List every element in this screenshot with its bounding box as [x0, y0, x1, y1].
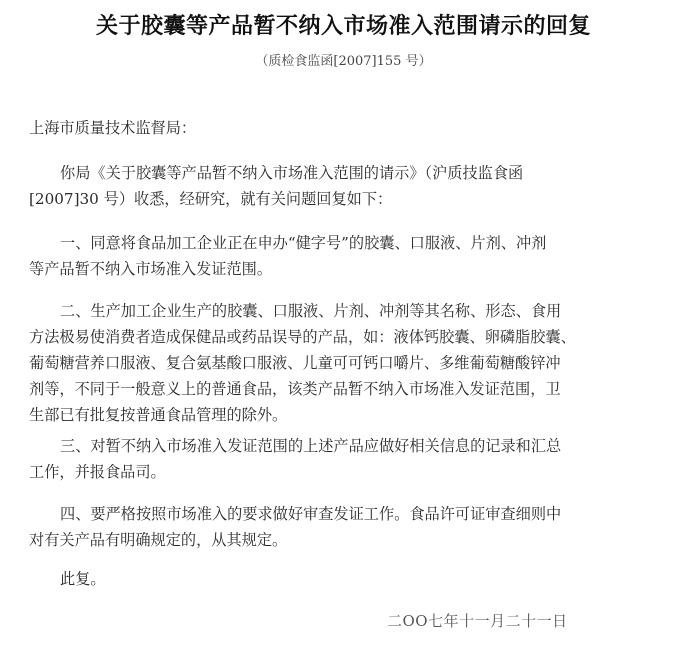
paragraph-line: 三、对暂不纳入市场准入发证范围的上述产品应做好相关信息的记录和汇总	[60, 432, 561, 460]
paragraph-line: 四、要严格按照市场准入的要求做好审查发证工作。食品许可证审查细则中	[60, 500, 561, 528]
paragraph-line: 剂等，不同于一般意义上的普通食品，该类产品暂不纳入市场准入发证范围，卫	[29, 375, 561, 403]
paragraph-line: 等产品暂不纳入市场准入发证范围。	[29, 255, 272, 283]
paragraph-line: [2007]30 号）收悉，经研究，就有关问题回复如下：	[29, 185, 392, 213]
paragraph-line: 你局《关于胶囊等产品暂不纳入市场准入范围的请示》（沪质技监食函	[60, 159, 523, 187]
paragraph-line: 葡萄糖营养口服液、复合氨基酸口服液、儿童可可钙口嚼片、多维葡萄糖酸锌冲	[29, 349, 561, 377]
paragraph-line: 工作，并报食品司。	[29, 458, 166, 486]
paragraph-line: 方法极易使消费者造成保健品或药品误导的产品，如：液体钙胶囊、卵磷脂胶囊、	[29, 323, 576, 351]
paragraph-line: 一、同意将食品加工企业正在申办“健字号”的胶囊、口服液、片剂、冲剂	[60, 229, 546, 257]
document-number: （质检食监函[2007]155 号）	[0, 50, 687, 69]
document-title: 关于胶囊等产品暂不纳入市场准入范围请示的回复	[0, 9, 687, 40]
addressee: 上海市质量技术监督局：	[29, 114, 196, 142]
document-date: 二OO七年十一月二十一日	[387, 610, 568, 631]
paragraph-line: 二、生产加工企业生产的胶囊、口服液、片剂、冲剂等其名称、形态、食用	[60, 297, 561, 325]
paragraph-line: 生部已有批复按普通食品管理的除外。	[29, 401, 287, 429]
paragraph-line: 对有关产品有明确规定的，从其规定。	[29, 526, 287, 554]
closing-text: 此复。	[60, 565, 106, 593]
